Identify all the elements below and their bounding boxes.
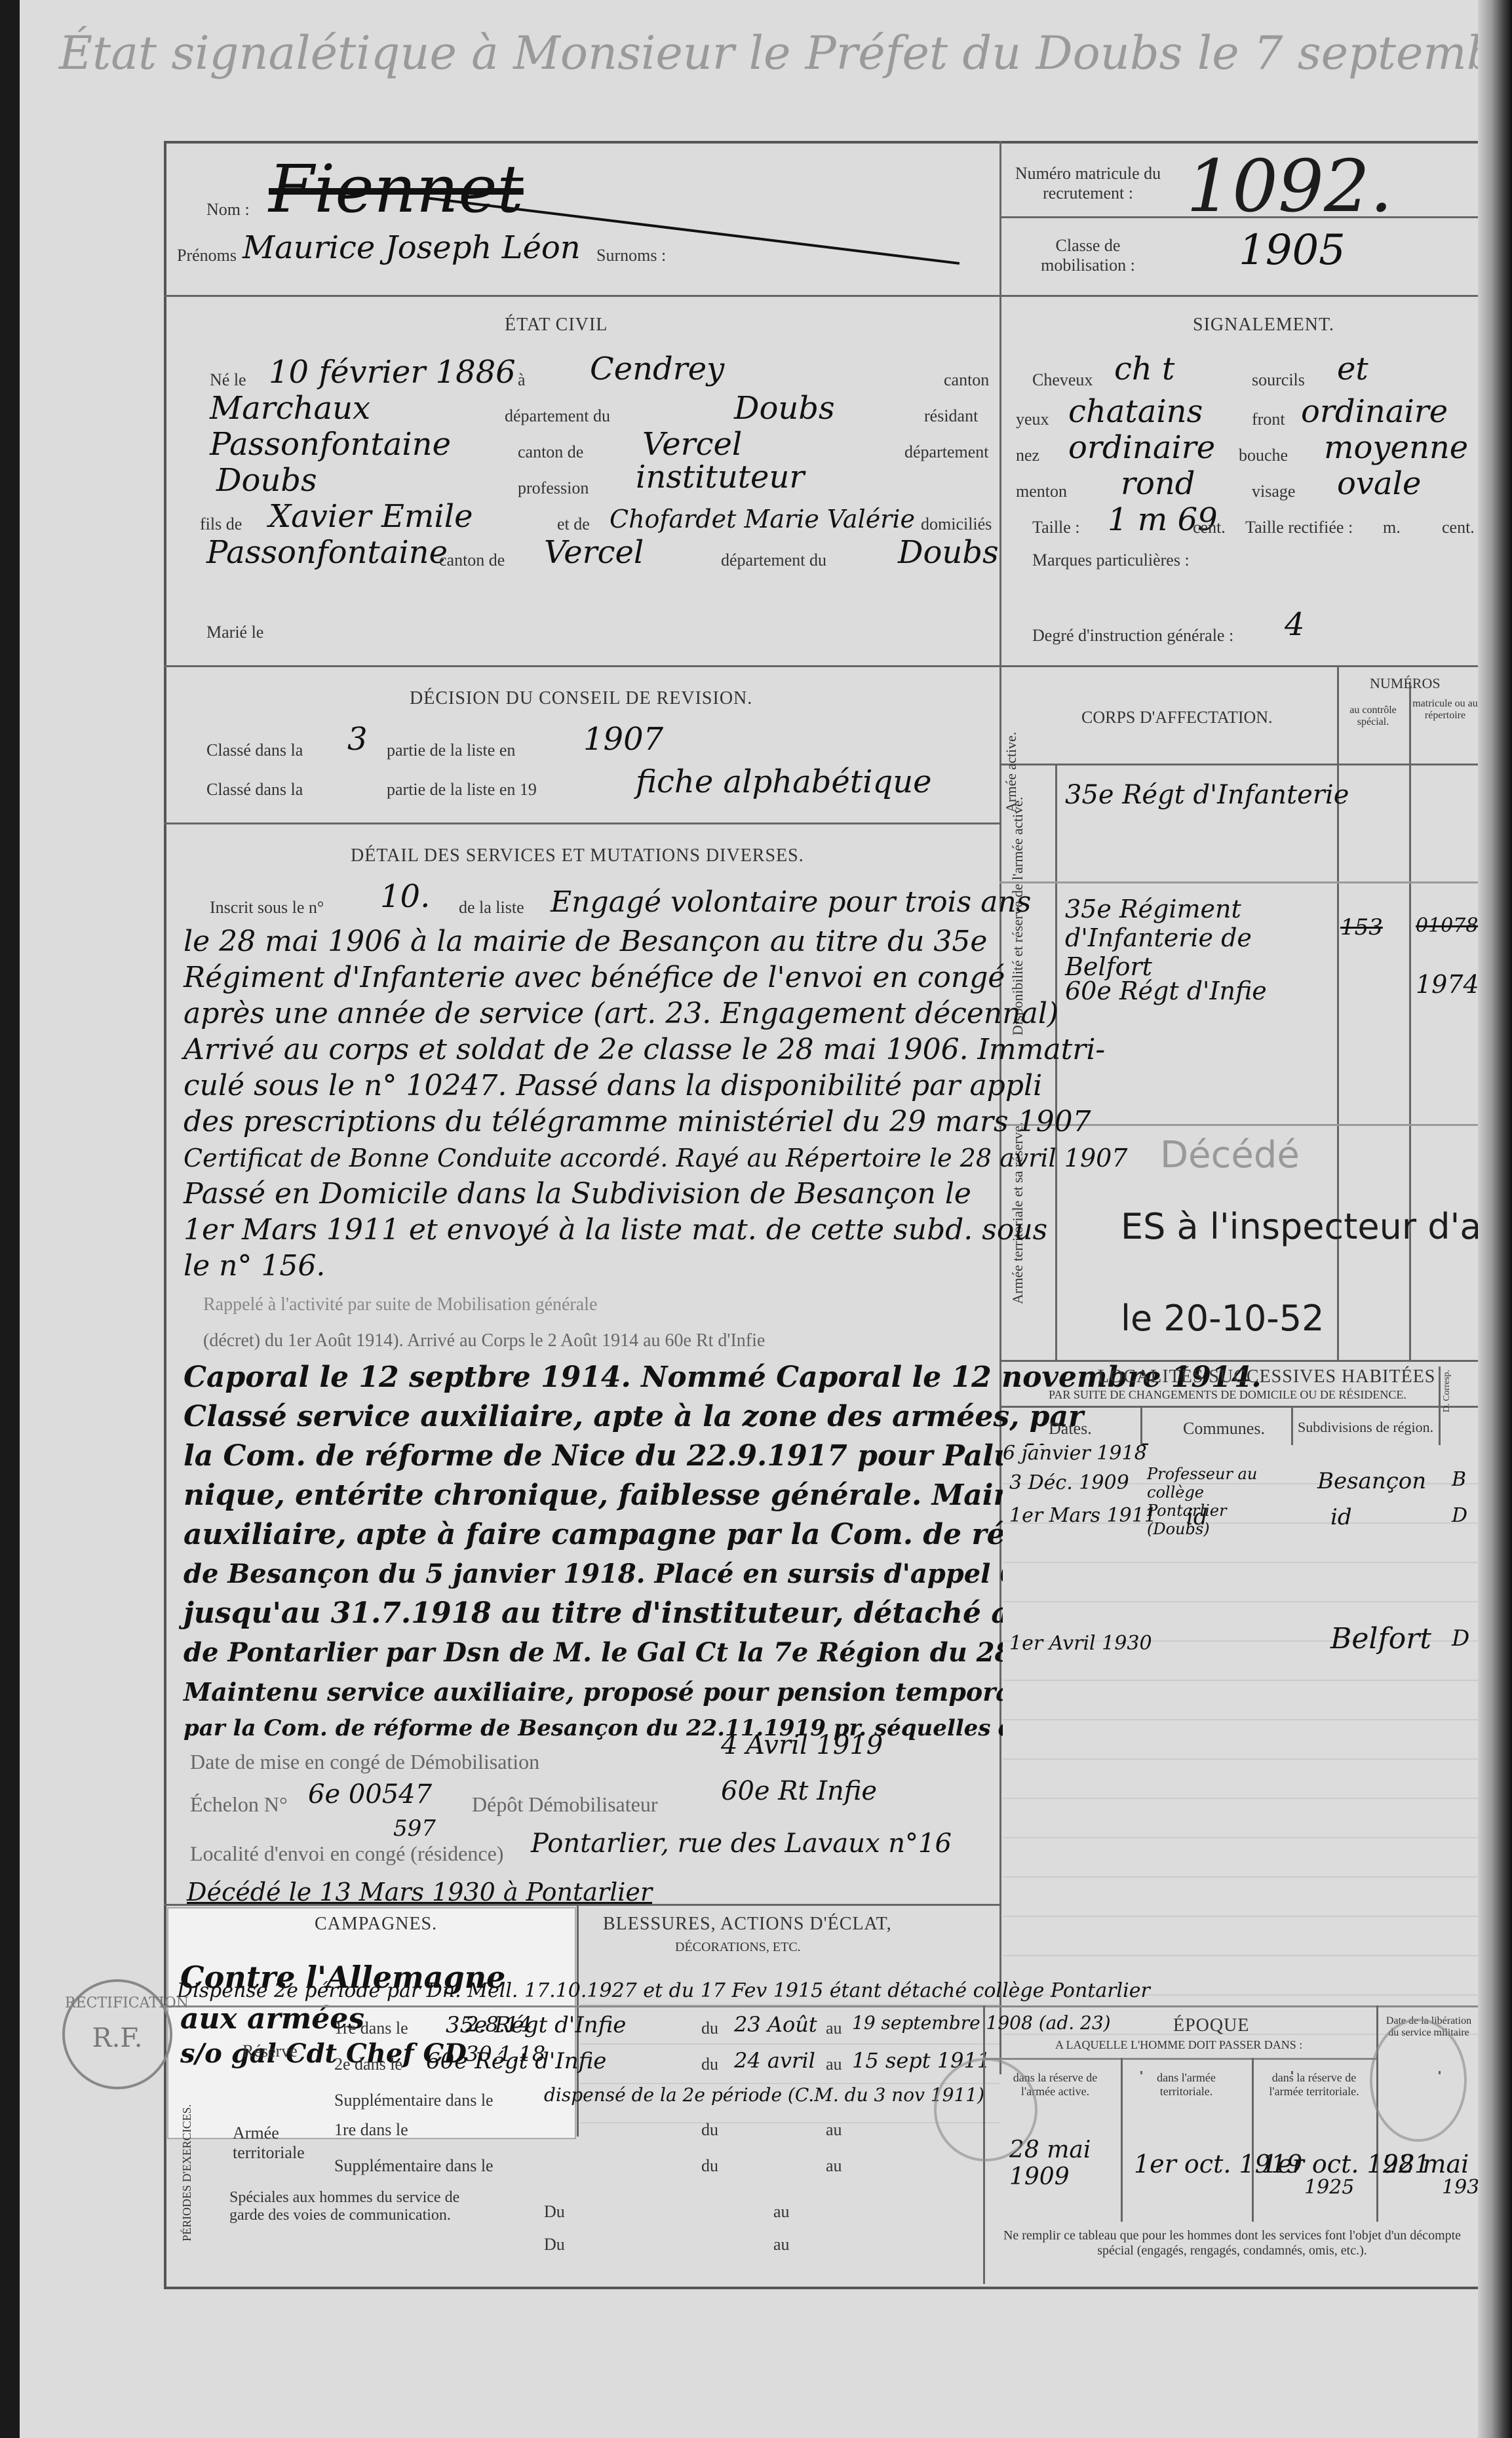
- canton-res-label: canton de: [518, 442, 583, 462]
- surnoms-label: Surnoms :: [596, 246, 666, 265]
- localite-d: D: [1452, 1625, 1469, 1652]
- instruction-label: Degré d'instruction générale :: [1032, 626, 1233, 646]
- echelon-no: 6e 00547: [308, 1779, 432, 1809]
- localite-subdivision: id: [1330, 1504, 1352, 1530]
- stamp-rf: R.F.: [65, 2023, 170, 2053]
- classe-dans-label-2: Classé dans la: [206, 780, 303, 800]
- localite-date: 1er Mars 1911: [1009, 1504, 1157, 1527]
- dep-label: département: [904, 442, 989, 462]
- residence-value: Passonfontaine: [210, 426, 451, 463]
- epoque-subtitle: A LAQUELLE L'HOMME DOIT PASSER DANS :: [1055, 2038, 1302, 2052]
- front-value: ordinaire: [1301, 393, 1448, 430]
- exercice-prefix: Supplémentaire dans le: [334, 2091, 494, 2110]
- exercice-prefix: Du: [544, 2235, 565, 2254]
- col-matricule: matricule ou au répertoire: [1412, 698, 1478, 722]
- conge-date: 4 Avril 1919: [721, 1730, 883, 1760]
- exercice-corps: 60e Régt d'Infie: [426, 2048, 606, 2074]
- services-title: DÉTAIL DES SERVICES ET MUTATIONS DIVERSE…: [351, 845, 804, 866]
- depot-value: 60e Rt Infie: [721, 1776, 877, 1806]
- bouche-value: moyenne: [1324, 429, 1468, 466]
- dep-res-value: Doubs: [216, 462, 317, 499]
- depot-label: Dépôt Démobilisateur: [472, 1792, 657, 1817]
- corps-entry: 35e Régiment d'Infanterie de Belfort: [1065, 895, 1327, 981]
- echelon-label: Échelon N°: [190, 1792, 288, 1817]
- divider: [999, 1406, 1484, 1408]
- exercice-prefix: 1re dans le: [334, 2019, 408, 2038]
- pere-value: Xavier Emile: [269, 498, 473, 535]
- localites-ruled: [1003, 1445, 1481, 2071]
- localites-margin-note: 6 janvier 1918: [1003, 1442, 1147, 1465]
- localite-label: Localité d'envoi en congé (résidence): [190, 1842, 503, 1866]
- classe-value: 1905: [1239, 226, 1346, 275]
- annee-value: 1907: [583, 721, 663, 758]
- profession-value: instituteur: [636, 459, 804, 495]
- blessures-title: BLESSURES, ACTIONS D'ÉCLAT,: [603, 1914, 892, 1935]
- epoque-value: 28 mai 1909: [1009, 2137, 1108, 2190]
- localite-commune: Professeur au collège Pontarlier (Doubs): [1147, 1465, 1285, 1538]
- liste-label: de la liste: [459, 898, 524, 918]
- epoque-title: ÉPOQUE: [1173, 2015, 1249, 2036]
- exercice-du: 24 avril: [734, 2048, 815, 2073]
- divider: [1409, 682, 1411, 1360]
- localite-date: 1er Avril 1930: [1009, 1632, 1152, 1655]
- nom-label: Nom :: [206, 200, 250, 220]
- taille-unit: cent.: [1193, 518, 1226, 537]
- visage-label: visage: [1252, 482, 1295, 501]
- prenoms-value: Maurice Joseph Léon: [242, 229, 581, 266]
- round-stamp: [1370, 2019, 1467, 2142]
- et-de-label: et de: [557, 514, 590, 534]
- divider: [1121, 2058, 1123, 2222]
- yeux-value: chatains: [1068, 393, 1203, 430]
- col-communes: Communes.: [1183, 1419, 1265, 1439]
- marie-label: Marié le: [206, 623, 263, 642]
- rappel-line: (décret) du 1er Août 1914). Arrivé au Co…: [203, 1330, 765, 1351]
- taille-label: Taille :: [1032, 518, 1080, 537]
- canton-parents-label: canton de: [439, 551, 505, 570]
- canton-value: Marchaux: [210, 390, 370, 427]
- localite-d: D: [1452, 1504, 1467, 1527]
- au-label: au: [826, 2156, 842, 2176]
- exercices-note-top: Dispensé 2e période par Dn. Mell. 17.10.…: [177, 1979, 1150, 2002]
- localite-d: B: [1452, 1468, 1466, 1491]
- lieu-value: Cendrey: [590, 351, 724, 387]
- sourcils-label: sourcils: [1252, 370, 1305, 390]
- corps-title: CORPS D'AFFECTATION.: [1081, 708, 1273, 727]
- rappel-label: Rappelé à l'activité par suite de Mobili…: [203, 1294, 597, 1315]
- au-label: au: [826, 2019, 842, 2038]
- divider: [999, 764, 1484, 765]
- mere-value: Chofardet Marie Valérie: [610, 505, 915, 533]
- page-edge: [1478, 0, 1512, 2438]
- au-label: au: [826, 2055, 842, 2074]
- annotation-es: ES à l'inspecteur d'académie à Besançon: [1121, 1206, 1512, 1247]
- au-label: au: [773, 2235, 790, 2254]
- menton-label: menton: [1016, 482, 1067, 501]
- divider: [999, 881, 1484, 883]
- numeros-title: NUMÉROS: [1370, 675, 1441, 692]
- document-sheet: État signalétique à Monsieur le Préfet d…: [20, 0, 1478, 2438]
- canton-label: canton: [944, 370, 989, 390]
- exercice-prefix: Supplémentaire dans le: [334, 2156, 494, 2176]
- cheveux-label: Cheveux: [1032, 370, 1093, 390]
- col-d: D. Corresp.: [1442, 1370, 1452, 1412]
- exercices-side-label: PÉRIODES D'EXERCICES.: [180, 2104, 194, 2241]
- ne-le-label: Né le: [210, 370, 246, 390]
- du-label: du: [701, 2156, 718, 2176]
- du-label: du: [701, 2055, 718, 2074]
- divider: [164, 2005, 1484, 2007]
- deces-line: Décédé le 13 Mars 1930 à Pontarlier: [187, 1878, 652, 1906]
- taille-rect-unit-m: m.: [1383, 518, 1401, 537]
- exercice-prefix: Du: [544, 2202, 565, 2222]
- bouche-label: bouche: [1239, 446, 1288, 465]
- a-label: à: [518, 370, 526, 390]
- exercice-au: 19 septembre 1908 (ad. 23): [852, 2012, 1111, 2034]
- departement-label: département du: [505, 406, 610, 426]
- speciales-label: Spéciales aux hommes du service de garde…: [229, 2189, 472, 2224]
- service-line-2: auxiliaire, apte à faire campagne par la…: [184, 1514, 1101, 1556]
- matricule-label: Numéro matricule du recrutement :: [1013, 164, 1163, 203]
- divider: [164, 295, 1484, 297]
- reserve-label: Réserve: [242, 2041, 298, 2061]
- au-label: au: [773, 2202, 790, 2222]
- annotation-date: le 20-10-52: [1121, 1298, 1325, 1339]
- prenoms-label: Prénoms: [177, 246, 237, 265]
- service-line: le n° 156.: [184, 1245, 325, 1287]
- epoque-col: dans l'armée territoriale.: [1131, 2071, 1242, 2099]
- front-label: front: [1252, 410, 1285, 429]
- exercice-du: 23 Août: [734, 2012, 817, 2037]
- campagnes-title: CAMPAGNES.: [315, 1914, 437, 1935]
- profession-label: profession: [518, 478, 589, 498]
- matricule-value: 1092.: [1186, 144, 1393, 228]
- blessures-subtitle: DÉCORATIONS, ETC.: [675, 1940, 801, 1955]
- corps-controle: 153: [1340, 914, 1383, 940]
- departement-value: Doubs: [734, 390, 835, 427]
- conge-label: Date de mise en congé de Démobilisation: [190, 1750, 539, 1774]
- exercice-prefix: 2e dans le: [334, 2055, 402, 2074]
- corps-entry: 60e Régt d'Infie: [1065, 977, 1267, 1005]
- col-subdivisions: Subdivisions de région.: [1298, 1419, 1433, 1436]
- localites-title: LOCALITÉS SUCCESSIVES HABITÉES: [1098, 1366, 1435, 1387]
- conseil-note: fiche alphabétique: [636, 764, 932, 800]
- dep-parents-value: Doubs: [898, 534, 999, 571]
- signalement-title: SIGNALEMENT.: [1193, 315, 1334, 336]
- annotation-decede: Décédé: [1160, 1134, 1300, 1176]
- stamp-text: RECTIFICATION: [65, 1995, 170, 2011]
- sourcils-value: et: [1337, 351, 1368, 387]
- nez-value: ordinaire: [1068, 429, 1215, 466]
- localite-date: 3 Déc. 1909: [1009, 1471, 1129, 1494]
- divider: [164, 822, 1001, 824]
- territoriale-label: Armée territoriale: [233, 2123, 318, 2163]
- classe-label: Classe de mobilisation :: [1013, 236, 1163, 275]
- taille-rect-label: Taille rectifiée :: [1245, 518, 1353, 537]
- round-stamp: [934, 2058, 1037, 2161]
- epoque-col: dans la réserve de l'armée territoriale.: [1258, 2071, 1370, 2099]
- inscrit-no: 10.: [380, 878, 430, 915]
- cheveux-value: ch t: [1114, 351, 1174, 387]
- localite-value: Pontarlier, rue des Lavaux n°16: [531, 1828, 952, 1859]
- visage-value: ovale: [1337, 465, 1421, 502]
- domicile-parents-value: Passonfontaine: [206, 534, 448, 571]
- divider: [164, 1904, 1001, 1906]
- localite-commune: id: [1186, 1504, 1208, 1530]
- localite-subdivision: Belfort: [1330, 1622, 1431, 1655]
- fils-de-label: fils de: [200, 514, 242, 534]
- residant-label: résidant: [924, 406, 978, 426]
- epoque-extra: 1925: [1304, 2176, 1354, 2199]
- canton-res-value: Vercel: [642, 426, 742, 463]
- corps-entry: 35e Régt d'Infanterie: [1065, 780, 1349, 810]
- nez-label: nez: [1016, 446, 1039, 465]
- canton-parents-value: Vercel: [544, 534, 644, 571]
- top-annotation: État signalétique à Monsieur le Préfet d…: [59, 26, 1512, 80]
- divider: [164, 665, 1484, 667]
- du-label: du: [701, 2120, 718, 2140]
- nom-value: Fiennet: [269, 151, 524, 227]
- localite-subdivision: Besançon: [1317, 1468, 1426, 1494]
- instruction-value: 4: [1285, 606, 1305, 643]
- domicilies-label: domiciliés: [921, 514, 992, 534]
- campagne-line: s/o gal Cdt Chef CD: [180, 2038, 467, 2069]
- taille-rect-unit-c: cent.: [1442, 518, 1475, 537]
- localites-subtitle: PAR SUITE DE CHANGEMENTS DE DOMICILE OU …: [1049, 1388, 1406, 1402]
- divider: [1252, 2058, 1254, 2222]
- epoque-footnote: Ne remplir ce tableau que pour les homme…: [996, 2228, 1468, 2258]
- ne-le-value: 10 février 1886: [269, 354, 516, 391]
- marques-label: Marques particulières :: [1032, 551, 1190, 570]
- conseil-title: DÉCISION DU CONSEIL DE REVISION.: [410, 688, 752, 709]
- au-label: au: [826, 2120, 842, 2140]
- partie-label-2: partie de la liste en 19: [387, 780, 537, 800]
- service-line: Engagé volontaire pour trois ans: [551, 881, 1031, 923]
- yeux-label: yeux: [1016, 410, 1049, 429]
- partie-label: partie de la liste en: [387, 741, 515, 760]
- partie-value: 3: [347, 721, 368, 758]
- exercice-corps: 35e Régt d'Infie: [446, 2012, 626, 2038]
- classe-dans-label: Classé dans la: [206, 741, 303, 760]
- divider: [1337, 665, 1339, 1360]
- etat-civil-title: ÉTAT CIVIL: [505, 315, 608, 336]
- col-controle: au contrôle spécial.: [1340, 705, 1406, 728]
- rectification-stamp: RECTIFICATION R.F.: [62, 1979, 172, 2089]
- du-label: du: [701, 2019, 718, 2038]
- divider: [983, 2058, 1376, 2060]
- service-line-2: Classé service auxiliaire, apte à la zon…: [184, 1396, 1083, 1438]
- exercice-corps: dispensé de la 2e période (C.M. du 3 nov…: [544, 2084, 984, 2106]
- exercice-prefix: 1re dans le: [334, 2120, 408, 2140]
- dep-parents-label: département du: [721, 551, 826, 570]
- col-dates: Dates.: [1049, 1419, 1092, 1439]
- divider: [999, 1360, 1484, 1362]
- inscrit-label: Inscrit sous le n°: [210, 898, 324, 918]
- menton-value: rond: [1121, 465, 1195, 502]
- localite-no: 597: [393, 1815, 436, 1842]
- service-line-2: de Pontarlier par Dsn de M. le Gal Ct la…: [184, 1632, 1131, 1674]
